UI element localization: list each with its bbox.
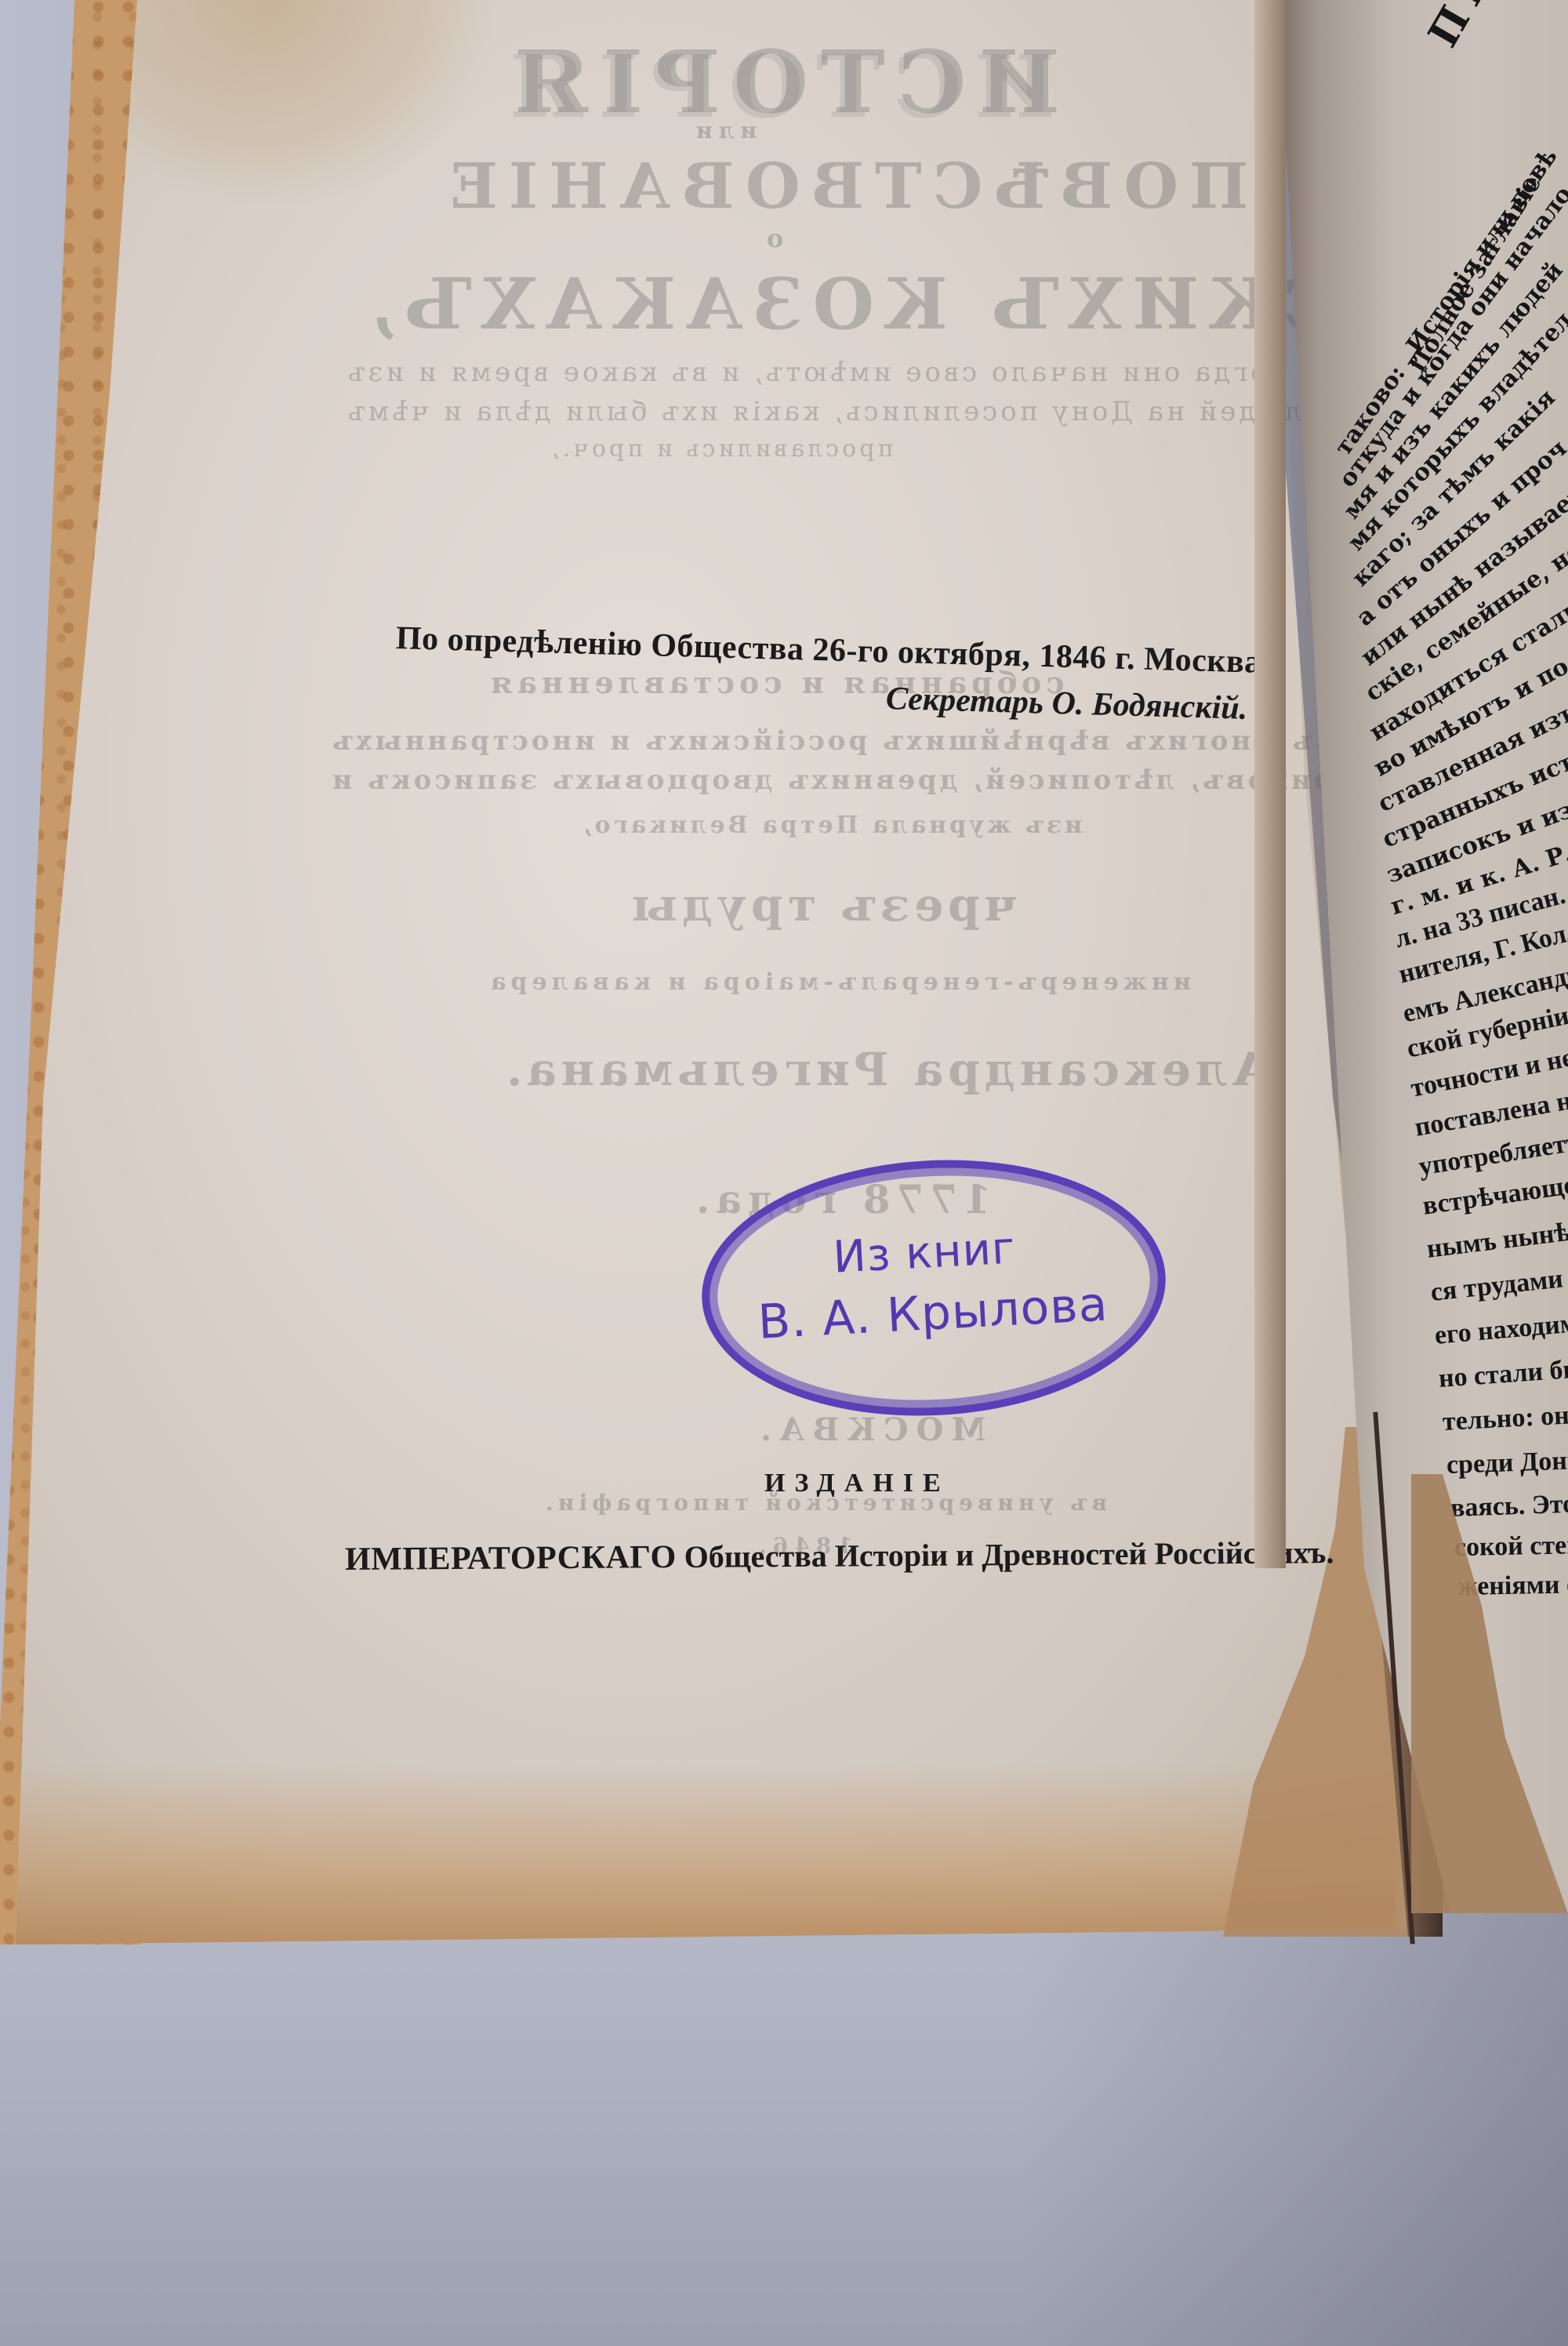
right-line: среди Донцевъ,	[1446, 1444, 1568, 1480]
edition-label: ИЗДАНІЕ	[764, 1469, 950, 1498]
ghost-sources-3: изъ журнала Петра Великаго,	[580, 812, 1082, 839]
ghost-sources-1: изъ многихъ вѣрнѣйшихъ россійскихъ и ино…	[329, 725, 1356, 757]
ghost-ili: или	[690, 118, 757, 143]
stamp-line-2: В. А. Крылова	[757, 1276, 1109, 1349]
stamp-line-1: Из книг	[832, 1223, 1017, 1284]
right-line: сокой степени	[1454, 1530, 1568, 1563]
water-stain-bottom	[0, 1764, 1396, 1945]
ghost-chrez-trudy: чрезъ труды	[627, 878, 1018, 931]
ghost-author: Александра Ригельмана.	[502, 1043, 1269, 1096]
publisher-line: ИМПЕРАТОРСКАГО Общества Исторіи и Древно…	[345, 1534, 1334, 1578]
ghost-rank: инженеръ-генералъ-маіора и кавалера	[486, 968, 1191, 996]
table-surface	[0, 1897, 1568, 2346]
right-line: ваясь. Этой люб	[1450, 1487, 1568, 1523]
ghost-title: ИСТОРІЯ	[502, 31, 1060, 133]
ghost-sources-2: историковъ, лѣтописей, древнихъ дворцовы…	[329, 764, 1416, 796]
publisher-society: Общества Исторіи и Древностей Россійских…	[684, 1534, 1334, 1574]
ghost-subtitle-3: прославились и проч.,	[549, 435, 893, 463]
right-page-edge	[1254, 0, 1286, 1568]
ghost-moskva: МОСКВА.	[753, 1411, 986, 1448]
publisher-imperial: ИМПЕРАТОРСКАГО	[345, 1539, 677, 1578]
water-stain-top	[118, 0, 494, 204]
ghost-o: о	[760, 223, 783, 253]
ghost-povestvovanie: ПОВѢСТВОВАНІЕ	[439, 149, 1249, 223]
